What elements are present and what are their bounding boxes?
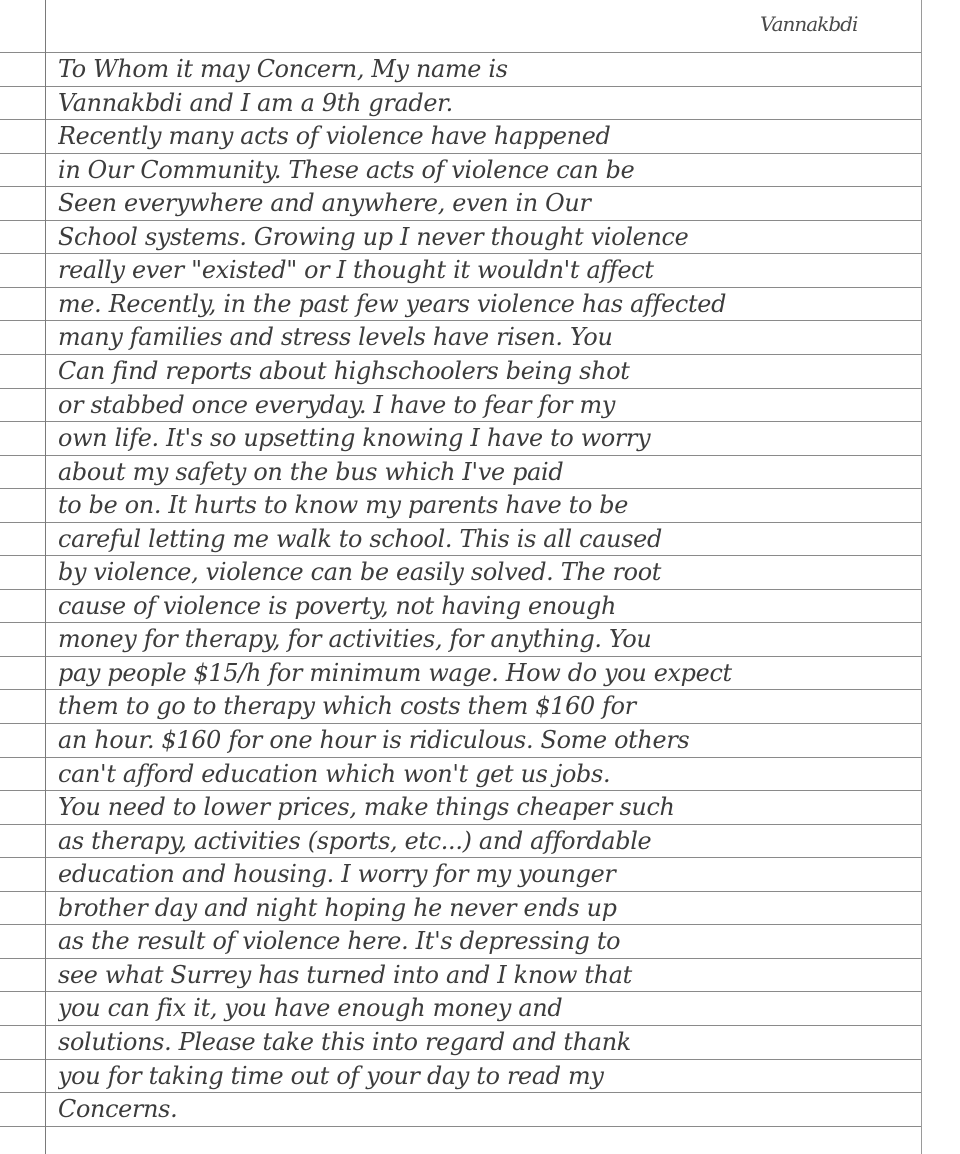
letter-line: pay people $15/h for minimum wage. How d… (58, 657, 913, 690)
letter-line: cause of violence is poverty, not having… (58, 590, 913, 623)
letter-line: To Whom it may Concern, My name is (58, 53, 913, 86)
left-margin-line (45, 0, 46, 1154)
letter-line: School systems. Growing up I never thoug… (58, 221, 913, 254)
letter-line: as therapy, activities (sports, etc...) … (58, 825, 913, 858)
letter-line: money for therapy, for activities, for a… (58, 623, 913, 656)
letter-line: to be on. It hurts to know my parents ha… (58, 489, 913, 522)
letter-line: as the result of violence here. It's dep… (58, 925, 913, 958)
letter-line: careful letting me walk to school. This … (58, 523, 913, 556)
right-page-border (921, 0, 922, 1154)
letter-line: by violence, violence can be easily solv… (58, 556, 913, 589)
letter-line: brother day and night hoping he never en… (58, 892, 913, 925)
letter-line: Seen everywhere and anywhere, even in Ou… (58, 187, 913, 220)
letter-line: them to go to therapy which costs them $… (58, 690, 913, 723)
letter-line: Concerns. (58, 1093, 913, 1126)
letter-line: solutions. Please take this into regard … (58, 1026, 913, 1059)
letter-line: an hour. $160 for one hour is ridiculous… (58, 724, 913, 757)
letter-line: Can find reports about highschoolers bei… (58, 355, 913, 388)
letter-line: many families and stress levels have ris… (58, 321, 913, 354)
letter-line: can't afford education which won't get u… (58, 758, 913, 791)
notebook-page: Vannakbdi To Whom it may Concern, My nam… (0, 0, 960, 1154)
letter-line: you can fix it, you have enough money an… (58, 992, 913, 1025)
letter-line: Vannakbdi and I am a 9th grader. (58, 87, 913, 120)
letter-line: You need to lower prices, make things ch… (58, 791, 913, 824)
letter-line: see what Surrey has turned into and I kn… (58, 959, 913, 992)
letter-line: Recently many acts of violence have happ… (58, 120, 913, 153)
letter-line: me. Recently, in the past few years viol… (58, 288, 913, 321)
letter-line: education and housing. I worry for my yo… (58, 858, 913, 891)
letter-line: own life. It's so upsetting knowing I ha… (58, 422, 913, 455)
letter-line: really ever "existed" or I thought it wo… (58, 254, 913, 287)
letter-line: in Our Community. These acts of violence… (58, 154, 913, 187)
header-name: Vannakbdi (760, 12, 857, 36)
letter-line: you for taking time out of your day to r… (58, 1060, 913, 1093)
letter-line: about my safety on the bus which I've pa… (58, 456, 913, 489)
letter-line: or stabbed once everyday. I have to fear… (58, 389, 913, 422)
